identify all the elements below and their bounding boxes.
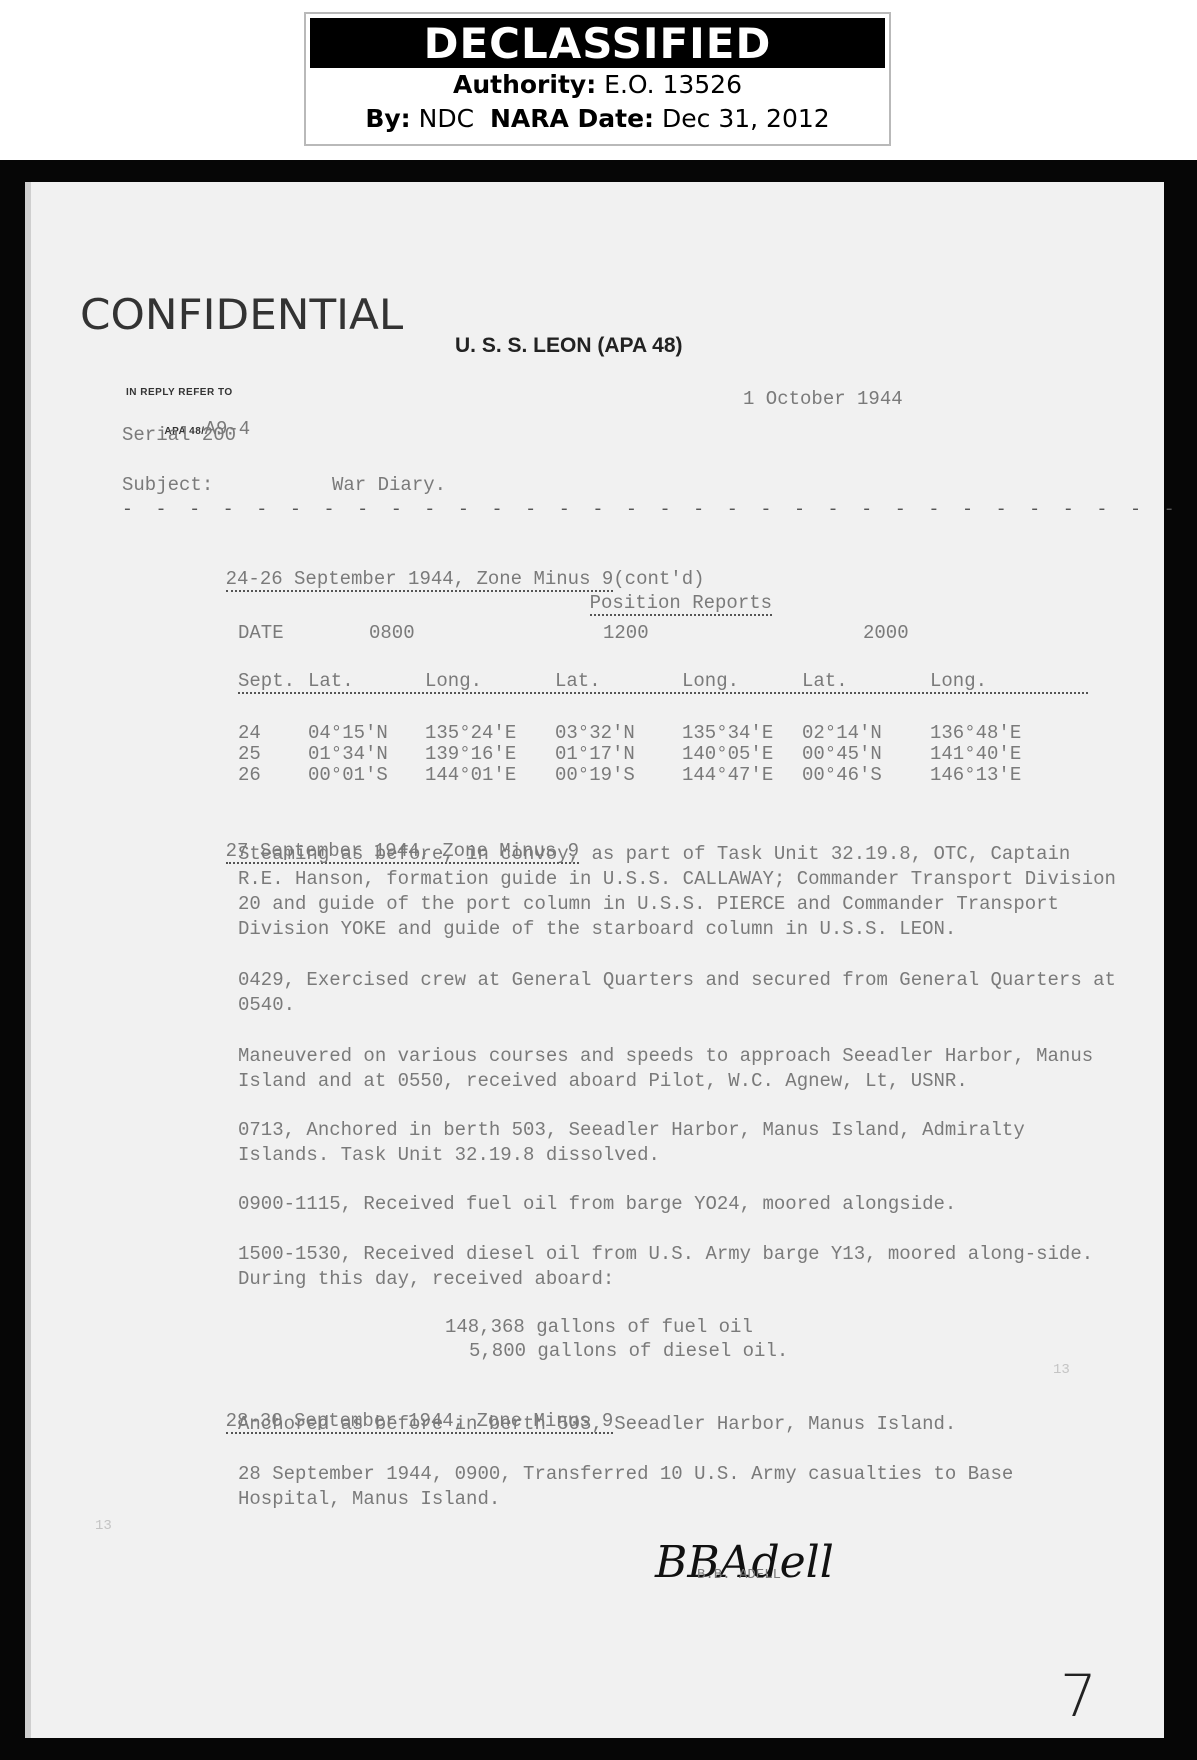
nara-line: By: NDC NARA Date: Dec 31, 2012 [306,102,889,136]
position-reports-title: Position Reports [590,592,772,616]
col-0800-header: 0800 [369,622,415,644]
cell-long-0800: 135°24'E [425,722,516,744]
cell-long-2000: 146°13'E [930,764,1021,786]
typed-signature-name: B.B. ADELL [697,1567,781,1583]
fuel-quantity: 148,368 gallons of fuel oil [445,1316,753,1338]
paragraph-anchored-berth: Anchored as before in berth 503, Seeadle… [238,1412,1118,1437]
declassified-title: DECLASSIFIED [310,18,885,68]
cell-long-2000: 136°48'E [930,722,1021,744]
by-label: By: [365,104,410,133]
header-underline [238,692,1088,694]
cell-long-0800: 144°01'E [425,764,516,786]
margin-mark: 13 [1053,1362,1070,1378]
col-header: Long. [930,670,987,692]
cell-lat-1200: 00°19'S [555,764,635,786]
subject-value: War Diary. [332,474,446,496]
ship-name: U. S. S. LEON (APA 48) [455,334,683,358]
reply-refer-label: IN REPLY REFER TO [126,387,233,398]
col-1200-header: 1200 [603,622,649,644]
col-date-header: DATE [238,622,284,644]
table-title: Position Reports [544,570,772,636]
authority-value: E.O. 13526 [604,70,742,99]
cell-lat-1200: 03°32'N [555,722,635,744]
paragraph-general-quarters: 0429, Exercised crew at General Quarters… [238,968,1118,1018]
cell-long-1200: 135°34'E [682,722,773,744]
col-header: Lat. [555,670,601,692]
document-page: CONFIDENTIAL U. S. S. LEON (APA 48) IN R… [25,182,1164,1738]
cell-lat-2000: 00°46'S [802,764,882,786]
col-header: Long. [425,670,482,692]
cell-long-1200: 144°47'E [682,764,773,786]
separator-line: - - - - - - - - - - - - - - - - - - - - … [122,500,1197,520]
authority-line: Authority: E.O. 13526 [306,68,889,102]
cell-long-0800: 139°16'E [425,743,516,765]
serial-number: Serial 200 [122,424,236,446]
paragraph-casualties: 28 September 1944, 0900, Transferred 10 … [238,1462,1118,1512]
cell-long-2000: 141°40'E [930,743,1021,765]
col-header: Sept. [238,670,295,692]
page-number: 7 [1060,1662,1097,1730]
cell-date: 24 [238,722,261,744]
col-header: Long. [682,670,739,692]
cell-lat-1200: 01°17'N [555,743,635,765]
paragraph-maneuvered: Maneuvered on various courses and speeds… [238,1044,1118,1094]
nara-label: NARA Date: [490,104,654,133]
cell-lat-0800: 04°15'N [308,722,388,744]
diesel-quantity: 5,800 gallons of diesel oil. [469,1340,788,1362]
by-value: NDC [419,104,474,133]
authority-label: Authority: [453,70,596,99]
paragraph-anchored: 0713, Anchored in berth 503, Seeadler Ha… [238,1118,1118,1168]
col-header: Lat. [308,670,354,692]
margin-mark: 13 [95,1518,112,1534]
paragraph-convoy: Steaming as before, in convoy, as part o… [238,842,1118,942]
cell-lat-2000: 00°45'N [802,743,882,765]
declassified-stamp: DECLASSIFIED Authority: E.O. 13526 By: N… [304,12,891,146]
subject-label: Subject: [122,474,213,496]
col-header: Lat. [802,670,848,692]
classification-heading: CONFIDENTIAL [80,290,403,339]
cell-long-1200: 140°05'E [682,743,773,765]
paragraph-diesel-oil: 1500-1530, Received diesel oil from U.S.… [238,1242,1118,1292]
paragraph-fuel-oil: 0900-1115, Received fuel oil from barge … [238,1192,1118,1217]
letter-date: 1 October 1944 [743,388,903,410]
cell-lat-0800: 01°34'N [308,743,388,765]
nara-value: Dec 31, 2012 [662,104,830,133]
cell-lat-2000: 02°14'N [802,722,882,744]
col-2000-header: 2000 [863,622,909,644]
cell-lat-0800: 00°01'S [308,764,388,786]
cell-date: 26 [238,764,261,786]
cell-date: 25 [238,743,261,765]
